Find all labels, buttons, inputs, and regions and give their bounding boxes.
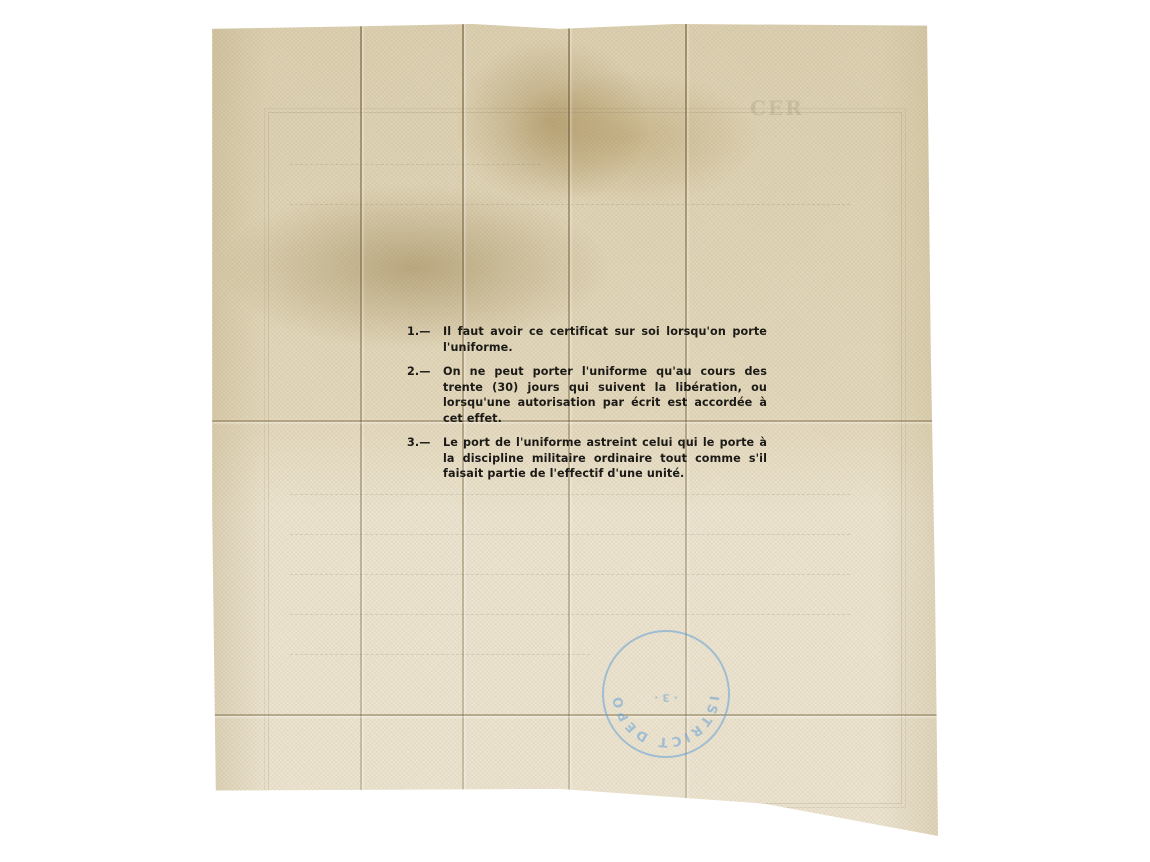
rule-item: 3.— Le port de l'uniforme astreint celui… [407, 435, 767, 482]
bleed-through-line [290, 534, 850, 535]
uniform-rules: 1.— Il faut avoir ce certificat sur soi … [407, 324, 767, 491]
rule-number: 1.— [407, 324, 443, 355]
rule-item: 1.— Il faut avoir ce certificat sur soi … [407, 324, 767, 355]
bleed-through-line [290, 614, 850, 615]
rule-text: Le port de l'uniforme astreint celui qui… [443, 435, 767, 482]
bleed-through-line [290, 204, 850, 205]
bleed-through-line [290, 574, 850, 575]
stamp-date: · 3 · [604, 691, 728, 704]
bleed-through-line [290, 494, 850, 495]
rule-number: 3.— [407, 435, 443, 482]
bleed-through-line [290, 654, 590, 655]
rule-text: Il faut avoir ce certificat sur soi lors… [443, 324, 767, 355]
district-depot-stamp: DISTRICT DEPOT · 3 · [602, 630, 730, 758]
certificate-paper: CER 1.— Il faut avoir ce certificat sur … [210, 24, 938, 836]
bleed-through-line [290, 164, 540, 165]
fold-crease-horizontal [210, 714, 938, 716]
rule-number: 2.— [407, 364, 443, 426]
rule-text: On ne peut porter l'uniforme qu'au cours… [443, 364, 767, 426]
rule-item: 2.— On ne peut porter l'uniforme qu'au c… [407, 364, 767, 426]
